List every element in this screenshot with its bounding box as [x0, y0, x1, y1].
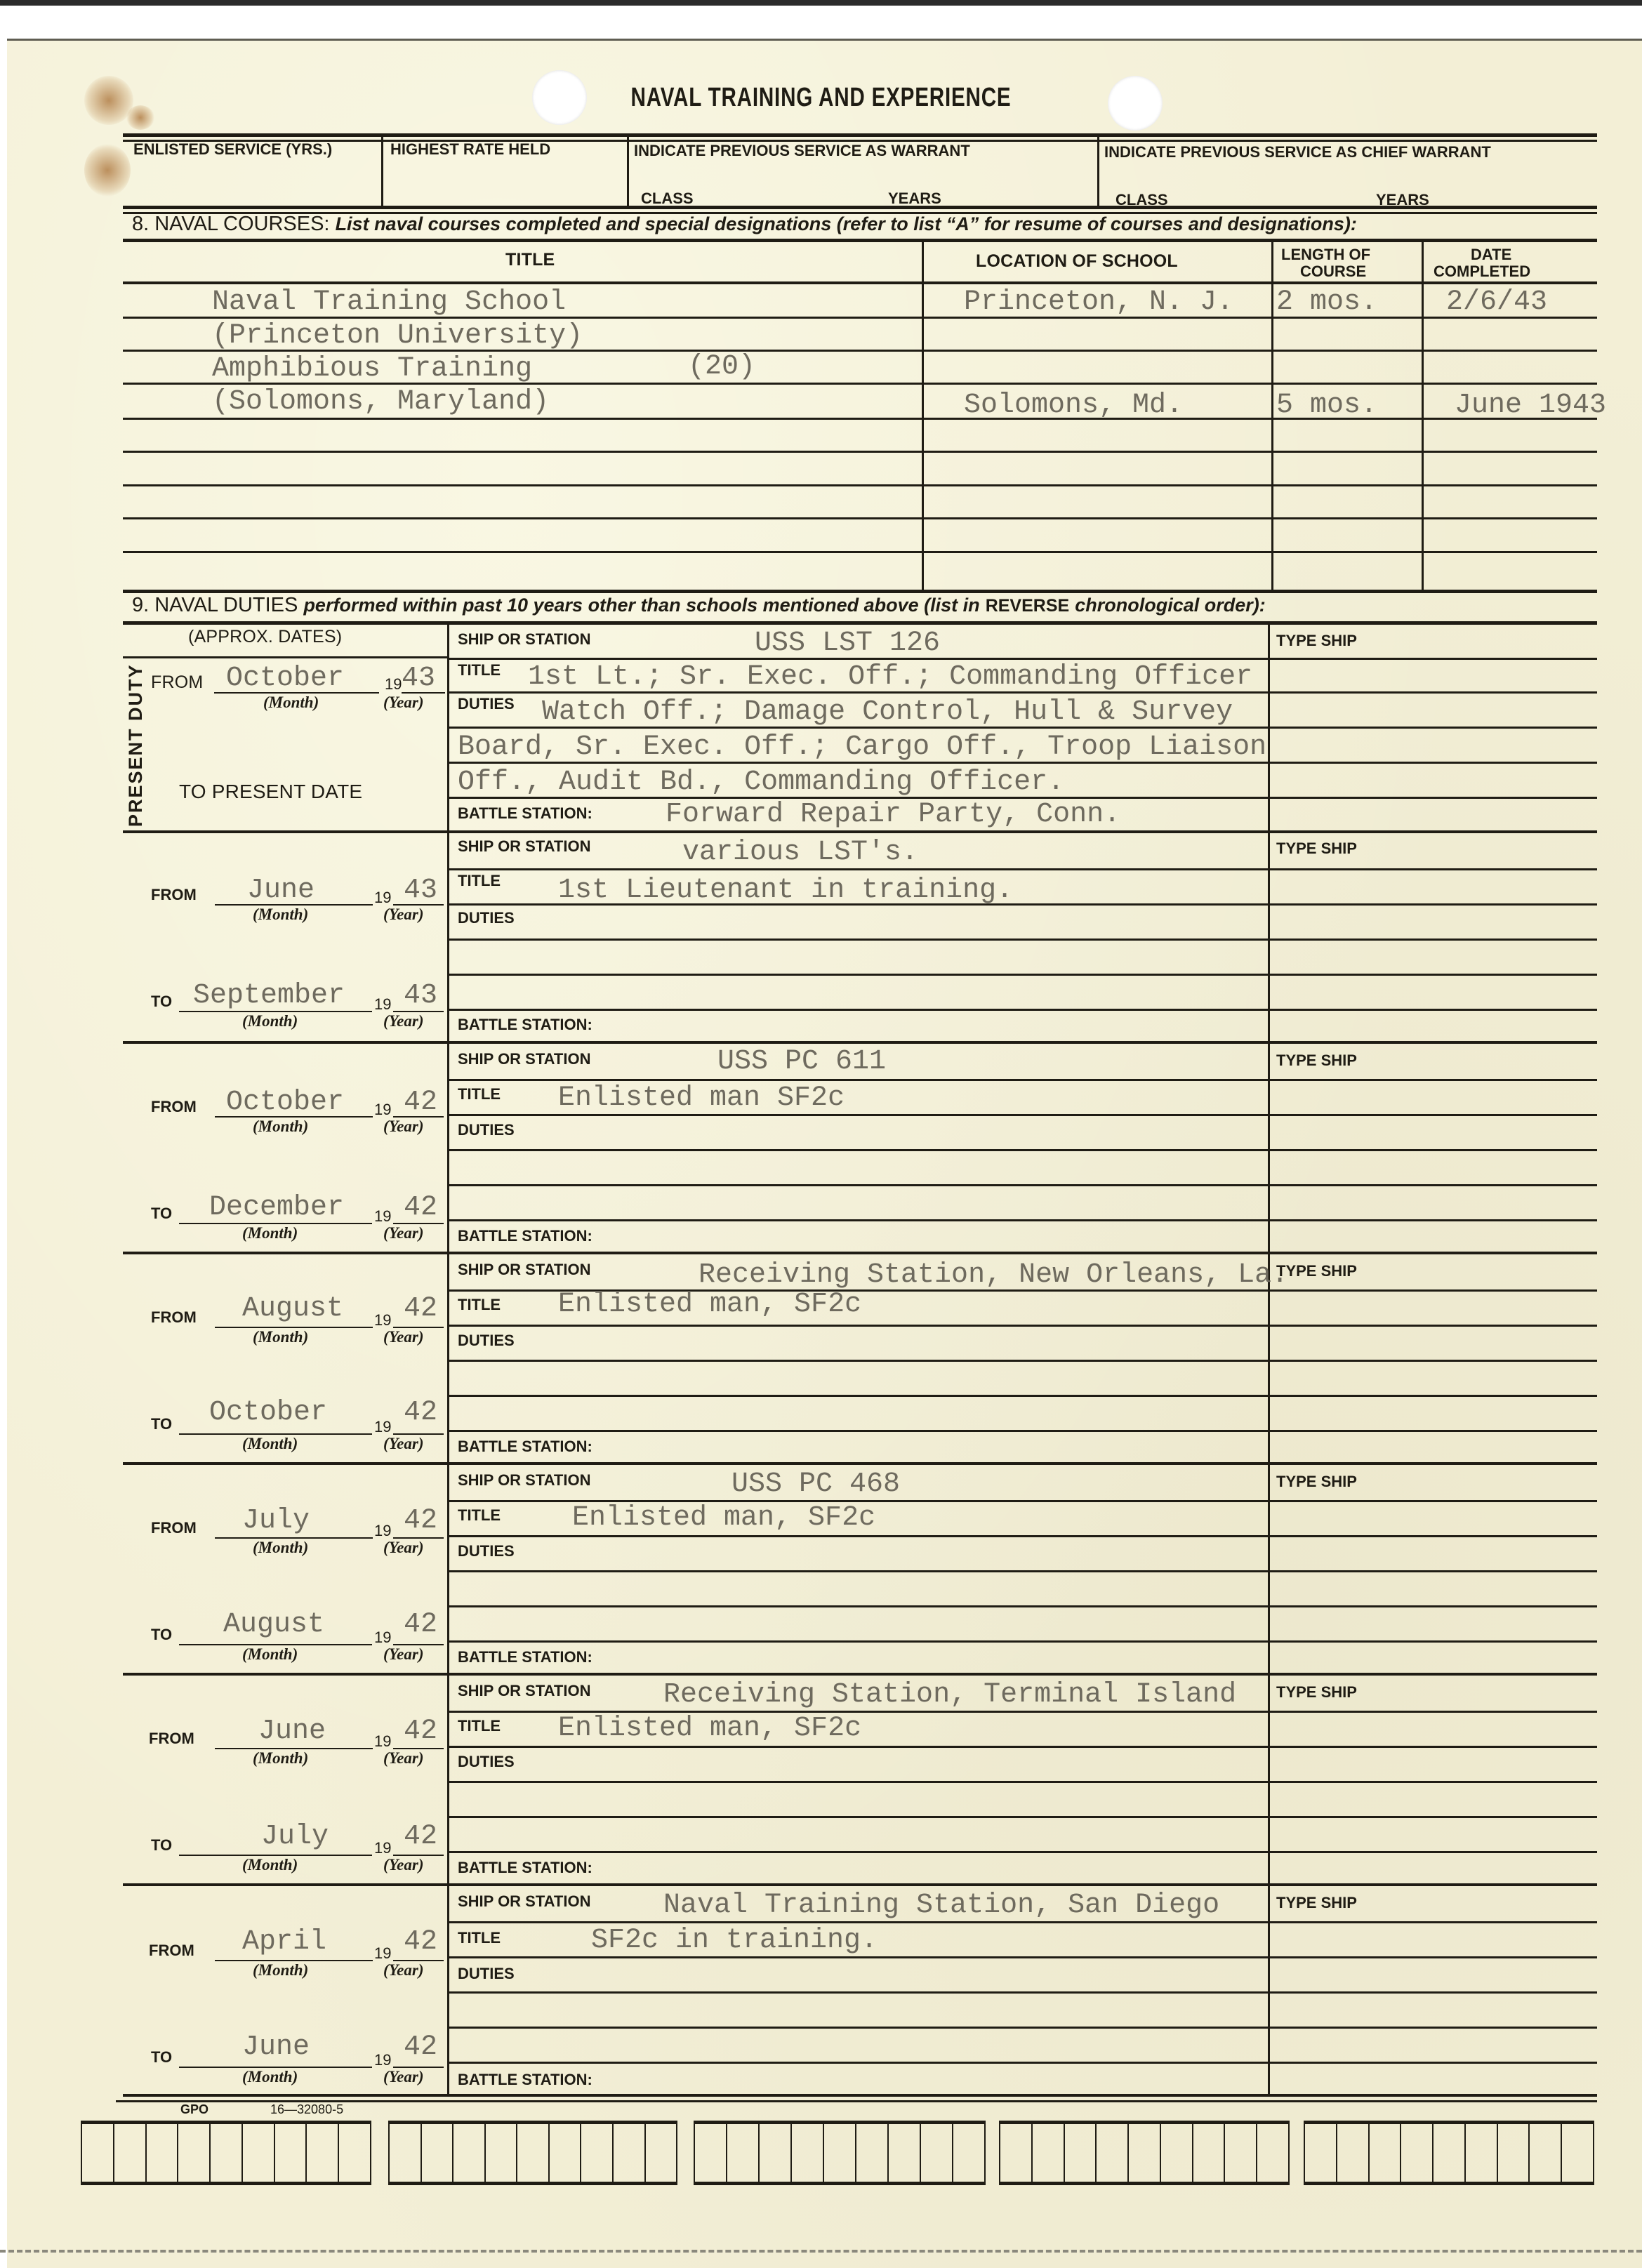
ship-label: SHIP OR STATION [458, 1892, 590, 1911]
form-number: 16—32080-5 [270, 2102, 343, 2117]
rule [448, 1781, 1597, 1783]
title-label: TITLE [458, 872, 501, 890]
month-caption: (Month) [242, 1645, 298, 1664]
rule [448, 2027, 1597, 2029]
section-9-number: 9. NAVAL DUTIES [132, 594, 298, 616]
rule [448, 1219, 1597, 1221]
rule [123, 656, 448, 658]
month-caption: (Month) [242, 1435, 298, 1453]
code-grid-group-3[interactable] [694, 2121, 986, 2185]
title-value[interactable]: Enlisted man, SF2c [572, 1502, 875, 1534]
course-date: June 1943 [1455, 390, 1606, 421]
month-caption: (Month) [242, 1224, 298, 1242]
rule [123, 1252, 1597, 1254]
rule [448, 1009, 1597, 1011]
form-title: NAVAL TRAINING AND EXPERIENCE [180, 83, 1461, 113]
type-ship-label: TYPE SHIP [1276, 1683, 1357, 1702]
rule [123, 590, 1597, 593]
section-9-heading: 9. NAVAL DUTIES performed within past 10… [132, 594, 1266, 617]
rule [627, 137, 629, 207]
to-label: TO [151, 1415, 172, 1433]
course-title: (Solomons, Maryland) [212, 386, 549, 418]
course-location: Solomons, Md. [964, 390, 1183, 421]
code-grid-group-5[interactable] [1304, 2121, 1594, 2185]
rule [123, 239, 1597, 242]
nineteen-label: 19 [374, 1418, 391, 1436]
section-9-instruction-b: chronological order): [1075, 595, 1266, 616]
nineteen-label: 19 [374, 889, 391, 907]
to-label: TO [151, 1626, 172, 1644]
scan-top-edge [0, 0, 1642, 6]
month-caption: (Month) [263, 694, 319, 712]
rule [123, 1462, 1597, 1465]
rule [448, 939, 1597, 941]
course-title: (Princeton University) [212, 320, 583, 352]
battle-station-label: BATTLE STATION: [458, 1016, 592, 1034]
duties-label: DUTIES [458, 695, 515, 713]
rule [448, 1360, 1597, 1362]
code-grid-group-1[interactable] [81, 2121, 371, 2185]
rule [123, 1673, 1597, 1676]
title-label: TITLE [458, 1717, 501, 1735]
rule [448, 1921, 1597, 1923]
code-grid-group-2[interactable] [388, 2121, 677, 2185]
month-caption: (Month) [242, 2068, 298, 2086]
rule [448, 1325, 1597, 1327]
battle-station-label: BATTLE STATION: [458, 1438, 592, 1456]
from-year[interactable]: 42 [404, 1505, 437, 1537]
rule [448, 1746, 1597, 1748]
nineteen-label: 19 [374, 1732, 391, 1751]
rule [123, 517, 1597, 519]
from-month[interactable]: July [242, 1505, 310, 1537]
month-caption: (Month) [253, 1118, 308, 1136]
duties-label: DUTIES [458, 1965, 515, 1983]
section-8-heading: 8. NAVAL COURSES: List naval courses com… [132, 213, 1357, 236]
warrant-field[interactable] [630, 165, 1095, 187]
from-label: FROM [151, 1098, 197, 1116]
title-value[interactable]: Enlisted man, SF2c [558, 1713, 861, 1744]
to-month[interactable]: December [209, 1192, 344, 1223]
ship-label: SHIP OR STATION [458, 1471, 590, 1490]
battle-station-label: BATTLE STATION: [458, 2071, 592, 2089]
rule [448, 868, 1597, 870]
to-label: TO [151, 2048, 172, 2067]
from-month[interactable]: October [226, 1087, 344, 1118]
type-ship-label: TYPE SHIP [1276, 840, 1357, 858]
code-grid-group-4[interactable] [999, 2121, 1290, 2185]
to-month[interactable]: August [223, 1609, 324, 1640]
rule [448, 1991, 1597, 1994]
year-caption: (Year) [383, 906, 423, 924]
section-9-instruction-a: performed within past 10 years other tha… [303, 595, 979, 616]
rule [448, 658, 1597, 660]
from-year[interactable]: 42 [404, 1716, 437, 1747]
rule [123, 451, 1597, 453]
from-label: FROM [151, 886, 197, 904]
rule [123, 206, 1597, 209]
title-label: TITLE [458, 1296, 501, 1314]
from-year[interactable]: 42 [404, 1926, 437, 1958]
from-month[interactable]: August [242, 1293, 343, 1325]
ship-value[interactable]: various LST's. [682, 837, 918, 868]
course-title: Naval Training School [212, 286, 566, 318]
type-ship-label: TYPE SHIP [1276, 1052, 1357, 1070]
to-month[interactable]: July [261, 1821, 329, 1852]
from-label: FROM [149, 1730, 194, 1748]
rule [123, 830, 1597, 833]
from-label: FROM [151, 1308, 197, 1327]
approx-dates-label: (APPROX. DATES) [188, 627, 342, 647]
rule [123, 133, 1597, 137]
rule [123, 551, 1597, 553]
rule [448, 1535, 1597, 1537]
ship-label: SHIP OR STATION [458, 837, 590, 856]
battle-station-label: BATTLE STATION: [458, 1648, 592, 1666]
battle-station-label: BATTLE STATION: [458, 1227, 592, 1245]
stain-mark [84, 144, 131, 197]
title-value[interactable]: Enlisted man SF2c [558, 1082, 845, 1114]
ship-label: SHIP OR STATION [458, 1261, 590, 1279]
ship-value[interactable]: Naval Training Station, San Diego [663, 1890, 1219, 1921]
from-month[interactable]: June [247, 875, 315, 906]
to-label: TO [151, 1205, 172, 1223]
from-year[interactable]: 43 [402, 663, 435, 694]
rule [448, 1430, 1597, 1432]
nineteen-label: 19 [374, 1207, 391, 1226]
rule [448, 1079, 1597, 1081]
from-year[interactable]: 42 [404, 1293, 437, 1325]
ship-value[interactable]: USS PC 468 [731, 1468, 900, 1500]
rule [448, 2062, 1597, 2064]
to-label: TO [151, 993, 172, 1011]
year-caption: (Year) [383, 1961, 423, 1979]
rule [123, 2094, 1597, 2097]
col-length-header-2: COURSE [1300, 263, 1366, 281]
section-8-instruction: List naval courses completed and special… [336, 213, 1357, 234]
highest-rate-label: HIGHEST RATE HELD [390, 140, 550, 159]
col-date-header-2: COMPLETED [1434, 263, 1530, 281]
duties-label: DUTIES [458, 909, 515, 927]
rule [448, 1149, 1597, 1151]
rule [1097, 137, 1099, 207]
nineteen-label: 19 [374, 1944, 391, 1963]
rule [448, 1605, 1597, 1607]
rule [448, 1184, 1597, 1186]
year-caption: (Year) [383, 1328, 423, 1346]
title-value[interactable]: Enlisted man, SF2c [558, 1289, 861, 1320]
year-caption: (Year) [383, 1539, 423, 1557]
battle-station-value[interactable]: Forward Repair Party, Conn. [666, 799, 1120, 830]
battle-station-label: BATTLE STATION: [458, 804, 592, 823]
title-value[interactable]: 1st Lieutenant in training. [558, 875, 1013, 906]
from-label: FROM [149, 1942, 194, 1960]
col-length-header-1: LENGTH OF [1281, 246, 1370, 264]
to-month[interactable]: October [209, 1397, 327, 1428]
rule [123, 621, 1597, 625]
course-date: 2/6/43 [1446, 286, 1547, 318]
from-month[interactable]: October [226, 663, 344, 694]
to-year[interactable]: 42 [404, 1397, 437, 1428]
type-ship-label: TYPE SHIP [1276, 1262, 1357, 1280]
nineteen-label: 19 [385, 675, 402, 694]
rule [448, 1816, 1597, 1818]
month-caption: (Month) [253, 1539, 308, 1557]
month-caption: (Month) [253, 1749, 308, 1768]
duties-line-2[interactable]: Board, Sr. Exec. Off.; Cargo Off., Troop… [458, 731, 1266, 763]
warrant-label: INDICATE PREVIOUS SERVICE AS WARRANT [634, 142, 970, 160]
nineteen-label: 19 [374, 1311, 391, 1329]
course-row-empty[interactable] [125, 421, 1596, 449]
ship-value[interactable]: Receiving Station, New Orleans, La. [698, 1259, 1288, 1291]
course-title: Amphibious Training [212, 353, 532, 385]
to-present-label: TO PRESENT DATE [179, 781, 362, 803]
month-caption: (Month) [253, 1328, 308, 1346]
to-label: TO [151, 1836, 172, 1855]
rule [448, 974, 1597, 976]
ship-label: SHIP OR STATION [458, 1682, 590, 1700]
nineteen-label: 19 [374, 1522, 391, 1540]
col-location-header: LOCATION OF SCHOOL [976, 251, 1178, 272]
title-label: TITLE [458, 661, 501, 679]
present-duty-label: PRESENT DUTY [125, 663, 147, 827]
ship-label: SHIP OR STATION [458, 630, 590, 649]
month-caption: (Month) [253, 906, 308, 924]
from-label: FROM [151, 1519, 197, 1537]
month-caption: (Month) [253, 1961, 308, 1979]
rule [448, 1114, 1597, 1116]
year-caption: (Year) [383, 694, 423, 712]
duties-line-1[interactable]: Watch Off.; Damage Control, Hull & Surve… [542, 696, 1233, 728]
title-label: TITLE [458, 1506, 501, 1525]
gpo-label: GPO [180, 2102, 208, 2117]
battle-station-label: BATTLE STATION: [458, 1859, 592, 1877]
nineteen-label: 19 [374, 995, 391, 1014]
from-month[interactable]: April [242, 1926, 326, 1958]
ship-value[interactable]: Receiving Station, Terminal Island [663, 1679, 1236, 1711]
to-year[interactable]: 43 [404, 980, 437, 1012]
to-month[interactable]: June [242, 2031, 310, 2063]
year-caption: (Year) [383, 1856, 423, 1874]
rule [123, 484, 1597, 486]
from-year[interactable]: 43 [404, 875, 437, 906]
duties-line-3[interactable]: Off., Audit Bd., Commanding Officer. [458, 767, 1064, 798]
from-year[interactable]: 42 [404, 1087, 437, 1118]
duties-label: DUTIES [458, 1121, 515, 1139]
course-row-empty[interactable] [125, 454, 1596, 482]
ship-value[interactable]: USS PC 611 [717, 1046, 886, 1077]
to-year[interactable]: 42 [404, 2031, 437, 2063]
course-location: Princeton, N. J. [964, 286, 1233, 318]
nineteen-label: 19 [374, 2051, 391, 2069]
col-date-header-1: DATE [1471, 246, 1511, 264]
month-caption: (Month) [242, 1856, 298, 1874]
to-month[interactable]: September [193, 980, 345, 1012]
rule [448, 1570, 1597, 1572]
year-caption: (Year) [383, 1435, 423, 1453]
nineteen-label: 19 [374, 1629, 391, 1647]
title-label: TITLE [458, 1085, 501, 1103]
type-ship-label: TYPE SHIP [1276, 1894, 1357, 1912]
nineteen-label: 19 [374, 1101, 391, 1119]
from-label: FROM [151, 672, 203, 693]
rule [123, 1041, 1597, 1044]
duties-label: DUTIES [458, 1542, 515, 1560]
section-8-number: 8. NAVAL COURSES: [132, 213, 330, 235]
type-ship-label: TYPE SHIP [1276, 632, 1357, 650]
rule [123, 1883, 1597, 1886]
to-year[interactable]: 42 [404, 1609, 437, 1640]
course-length: 2 mos. [1276, 286, 1377, 318]
to-year[interactable]: 42 [404, 1192, 437, 1223]
rule [448, 1851, 1597, 1853]
ship-value[interactable]: USS LST 126 [755, 628, 940, 659]
highest-rate-field[interactable] [385, 161, 625, 205]
chief-warrant-field[interactable] [1101, 166, 1595, 189]
enlisted-service-field[interactable] [125, 161, 379, 205]
type-ship-label: TYPE SHIP [1276, 1473, 1357, 1491]
year-caption: (Year) [383, 1645, 423, 1664]
year-caption: (Year) [383, 1749, 423, 1768]
year-caption: (Year) [383, 1118, 423, 1136]
course-note: (20) [688, 351, 755, 383]
col-title-header: TITLE [505, 250, 555, 270]
course-row-empty[interactable] [125, 488, 1596, 516]
to-year[interactable]: 42 [404, 1821, 437, 1852]
ship-label: SHIP OR STATION [458, 1050, 590, 1068]
course-length: 5 mos. [1276, 390, 1377, 421]
year-caption: (Year) [383, 2068, 423, 2086]
chief-warrant-label: INDICATE PREVIOUS SERVICE AS CHIEF WARRA… [1104, 143, 1491, 161]
duties-label: DUTIES [458, 1753, 515, 1771]
rule [381, 137, 383, 207]
from-month[interactable]: June [258, 1716, 326, 1747]
nineteen-label: 19 [374, 1839, 391, 1857]
rule [123, 281, 1597, 284]
section-9-reverse: REVERSE [986, 596, 1069, 616]
rule [448, 1640, 1597, 1643]
year-caption: (Year) [383, 1224, 423, 1242]
course-row-empty[interactable] [125, 521, 1596, 549]
rule [448, 1956, 1597, 1958]
month-caption: (Month) [242, 1012, 298, 1030]
title-value[interactable]: 1st Lt.; Sr. Exec. Off.; Commanding Offi… [528, 661, 1252, 693]
stain-mark [126, 105, 154, 130]
duties-label: DUTIES [458, 1332, 515, 1350]
title-label: TITLE [458, 1929, 501, 1947]
year-caption: (Year) [383, 1012, 423, 1030]
perforation-line [0, 2250, 1642, 2253]
enlisted-service-label: ENLISTED SERVICE (YRS.) [133, 140, 332, 159]
rule [448, 1395, 1597, 1397]
title-value[interactable]: SF2c in training. [591, 1925, 878, 1956]
